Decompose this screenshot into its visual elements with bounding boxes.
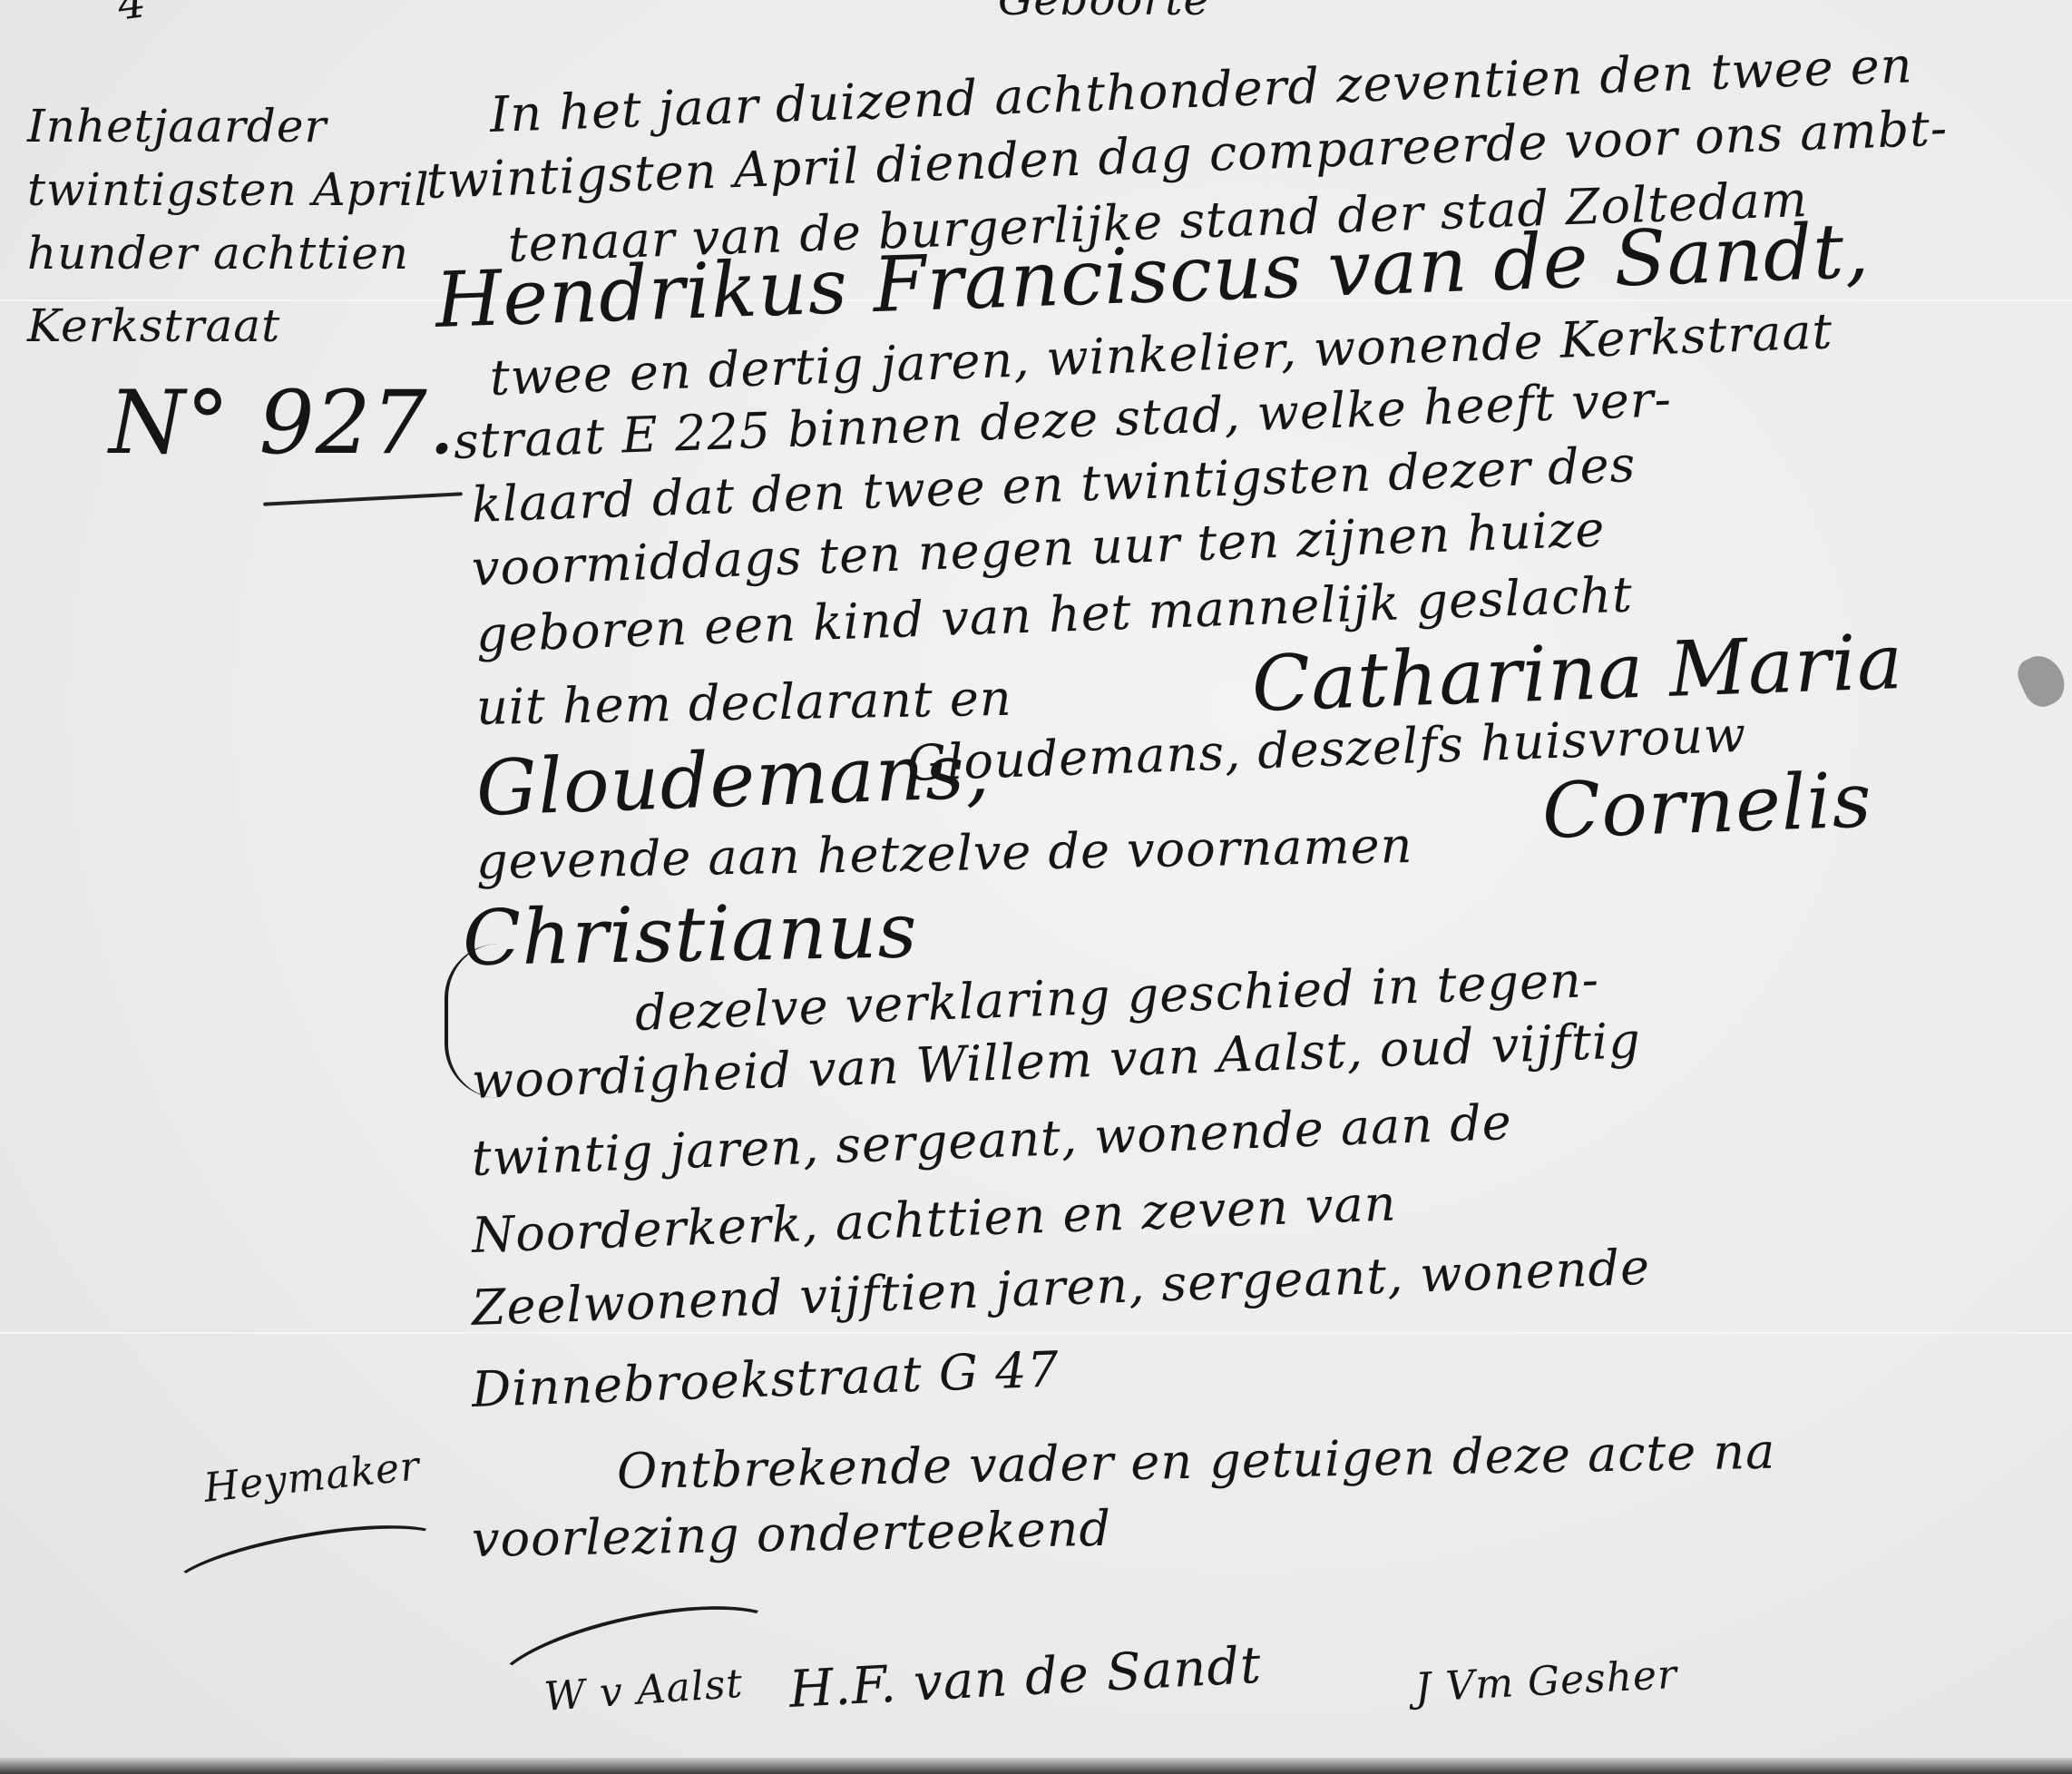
body-line: voorlezing onderteekend <box>471 1500 1111 1568</box>
declarant-signature: H.F. van de Sandt <box>787 1636 1263 1720</box>
margin-line: Inhetjaarder <box>27 100 327 152</box>
margin-line: hunder achttien <box>27 227 409 279</box>
child-second-name: Christianus <box>462 886 918 983</box>
act-number: N° 927. <box>109 372 456 474</box>
body-line: Dinnebroekstraat G 47 <box>471 1340 1060 1418</box>
margin-line: Kerkstraat <box>27 299 280 352</box>
body-line: twintig jaren, sergeant, wonende aan de <box>471 1093 1513 1187</box>
page-heading-fragment: Geboorte <box>998 0 1210 25</box>
body-line: Ontbrekende vader en getuigen deze acte … <box>616 1423 1775 1500</box>
register-page: 4 Geboorte Inhetjaarder twintigsten Apri… <box>0 0 2072 1774</box>
body-line: uit hem declarant en <box>475 670 1012 736</box>
ink-stain <box>2012 649 2071 712</box>
body-line: Noorderkerk, achttien en zeven van <box>471 1174 1398 1264</box>
act-number-underline <box>263 492 463 506</box>
child-first-name: Cornelis <box>1540 755 1873 856</box>
signature-flourish <box>164 1510 450 1619</box>
corner-mark: 4 <box>114 0 150 31</box>
witness-signature-2: J Vm Gesher <box>1414 1651 1679 1711</box>
margin-line: twintigsten April <box>27 163 430 216</box>
margin-signature: Heymaker <box>201 1443 422 1512</box>
scan-streak <box>0 1332 2072 1334</box>
page-edge-shadow <box>0 1758 2072 1774</box>
